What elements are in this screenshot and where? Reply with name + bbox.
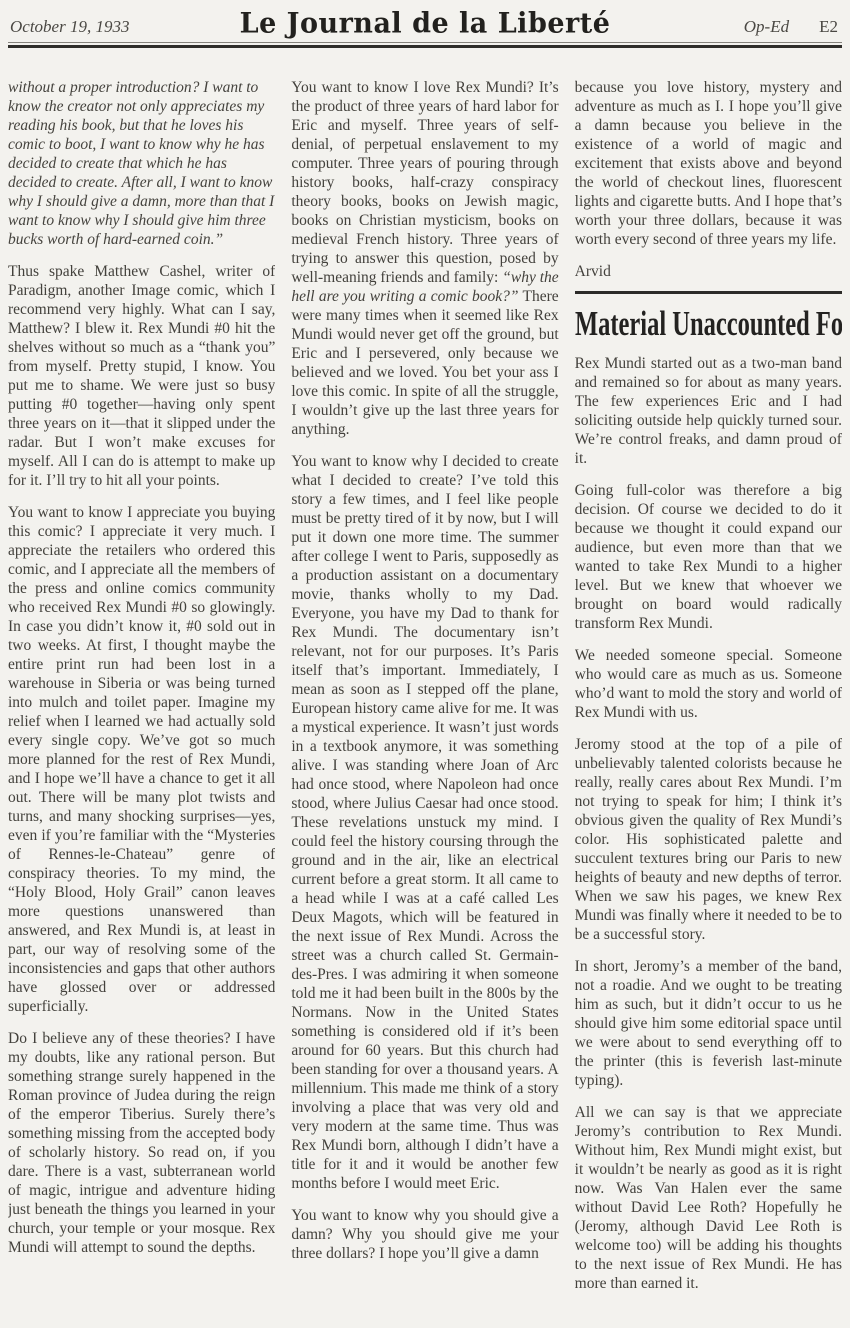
body-paragraph: because you love history, mystery and ad…: [575, 78, 842, 249]
body-paragraph: We needed someone special. Someone who w…: [575, 646, 842, 722]
body-paragraph: Do I believe any of these theories? I ha…: [8, 1029, 275, 1257]
column-2: You want to know I love Rex Mundi? It’s …: [291, 78, 558, 1326]
body-paragraph: You want to know I appreciate you buying…: [8, 503, 275, 1016]
body-paragraph: You want to know why you should give a d…: [291, 1206, 558, 1263]
body-paragraph: Jeromy stood at the top of a pile of unb…: [575, 735, 842, 944]
text-segment: Going full-color was therefore a big dec…: [575, 482, 842, 632]
column-3: because you love history, mystery and ad…: [575, 78, 842, 1326]
text-segment: without a proper introduction? I want to…: [8, 79, 274, 248]
header-rule: [8, 42, 842, 48]
section-divider-rule: [575, 291, 842, 294]
body-paragraph: You want to know why I decided to create…: [291, 452, 558, 1193]
issue-date: October 19, 1933: [8, 17, 129, 37]
text-segment: because you love history, mystery and ad…: [575, 79, 842, 248]
section-label: Op-Ed: [744, 17, 789, 37]
body-paragraph: Thus spake Matthew Cashel, writer of Par…: [8, 262, 275, 490]
page-number: E2: [819, 17, 838, 37]
masthead-title: Le Journal de la Liberté: [240, 7, 611, 40]
text-segment: We needed someone special. Someone who w…: [575, 647, 842, 721]
header-right-group: Op-Ed E2: [744, 17, 842, 37]
text-segment: Jeromy stood at the top of a pile of unb…: [575, 736, 842, 943]
body-paragraph: You want to know I love Rex Mundi? It’s …: [291, 78, 558, 439]
text-segment: There were many times when it seemed lik…: [291, 288, 558, 438]
body-paragraph: Rex Mundi started out as a two-man band …: [575, 354, 842, 468]
text-segment: In short, Jeromy’s a member of the band,…: [575, 958, 842, 1089]
article-headline: Material Unaccounted For: [575, 304, 842, 344]
article-columns: without a proper introduction? I want to…: [8, 78, 842, 1326]
text-segment: You want to know why I decided to create…: [291, 453, 558, 1192]
text-segment: Thus spake Matthew Cashel, writer of Par…: [8, 263, 275, 489]
page-header: October 19, 1933 Le Journal de la Libert…: [8, 6, 842, 39]
newspaper-page: October 19, 1933 Le Journal de la Libert…: [0, 0, 850, 1328]
body-paragraph: Going full-color was therefore a big dec…: [575, 481, 842, 633]
body-paragraph: All we can say is that we appreciate Jer…: [575, 1103, 842, 1293]
body-paragraph: In short, Jeromy’s a member of the band,…: [575, 957, 842, 1090]
column-1: without a proper introduction? I want to…: [8, 78, 275, 1326]
text-segment: You want to know I love Rex Mundi? It’s …: [291, 79, 558, 286]
text-segment: You want to know why you should give a d…: [291, 1207, 558, 1262]
text-segment: All we can say is that we appreciate Jer…: [575, 1104, 842, 1292]
text-segment: Rex Mundi started out as a two-man band …: [575, 355, 842, 467]
text-segment: Do I believe any of these theories? I ha…: [8, 1030, 275, 1256]
pull-quote-paragraph: without a proper introduction? I want to…: [8, 78, 275, 249]
text-segment: Arvid: [575, 263, 611, 280]
text-segment: You want to know I appreciate you buying…: [8, 504, 275, 1015]
author-signature: Arvid: [575, 262, 842, 281]
